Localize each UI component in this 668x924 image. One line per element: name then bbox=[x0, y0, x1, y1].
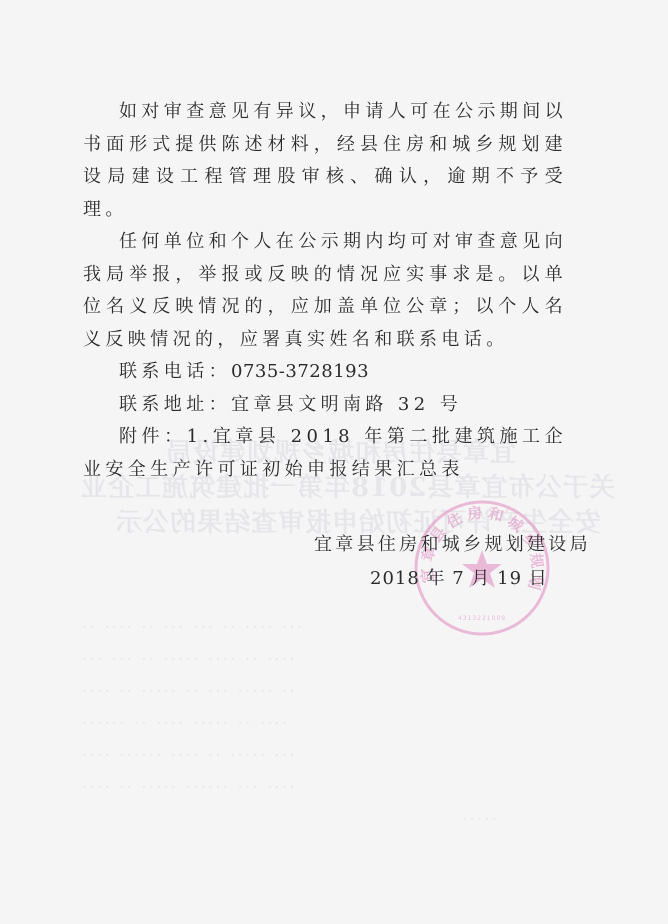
ghost-body-line: ····· bbox=[460, 810, 497, 830]
issue-date: 2018 年 7 月 19 日 bbox=[370, 564, 548, 590]
ghost-body-line: ···· ·· ···· ····· ·· ··· ··· bbox=[80, 650, 295, 670]
document-page: 宜章县住房和城乡规划建设局 关于公布宜章县2018年第一批建筑施工企业 安全生产… bbox=[0, 0, 668, 924]
body-text: 如对审查意见有异议，申请人可在公示期间以书面形式提供陈述材料，经县住房和城乡规划… bbox=[83, 96, 567, 486]
ghost-body-line: ··· ···· ·· ··· ··· ·· ···· ·· bbox=[80, 618, 302, 638]
attachment-line: 附件：1.宜章县 2018 年第二批建筑施工企业安全生产许可证初始申报结果汇总表 bbox=[83, 421, 567, 486]
objection-paragraph: 如对审查意见有异议，申请人可在公示期间以书面形式提供陈述材料，经县住房和城乡规划… bbox=[83, 96, 567, 226]
contact-phone: 联系电话：0735-3728193 bbox=[83, 356, 567, 389]
contact-address-value: 宜章县文明南路 32 号 bbox=[231, 394, 462, 415]
contact-address-label: 联系地址： bbox=[119, 394, 231, 415]
ghost-body-line: ···· ·· ····· ···· ·· ······ bbox=[80, 714, 287, 734]
contact-address: 联系地址：宜章县文明南路 32 号 bbox=[83, 389, 567, 422]
issuer-signature: 宜章县住房和城乡规划建设局 bbox=[314, 530, 591, 556]
svg-text:4313221009: 4313221009 bbox=[458, 615, 506, 622]
contact-phone-label: 联系电话： bbox=[119, 361, 231, 382]
ghost-body-line: ···· ··· ······ ····· ·· ···· bbox=[80, 778, 295, 798]
ghost-body-line: ·· ····· ··· ·· ····· ·· ···· bbox=[80, 682, 295, 702]
contact-phone-value: 0735-3728193 bbox=[231, 361, 369, 382]
ghost-body-line: ··· ····· ·· ···· ······ ···· bbox=[80, 746, 295, 766]
report-paragraph: 任何单位和个人在公示期内均可对审查意见向我局举报，举报或反映的情况应实事求是。以… bbox=[83, 226, 567, 356]
